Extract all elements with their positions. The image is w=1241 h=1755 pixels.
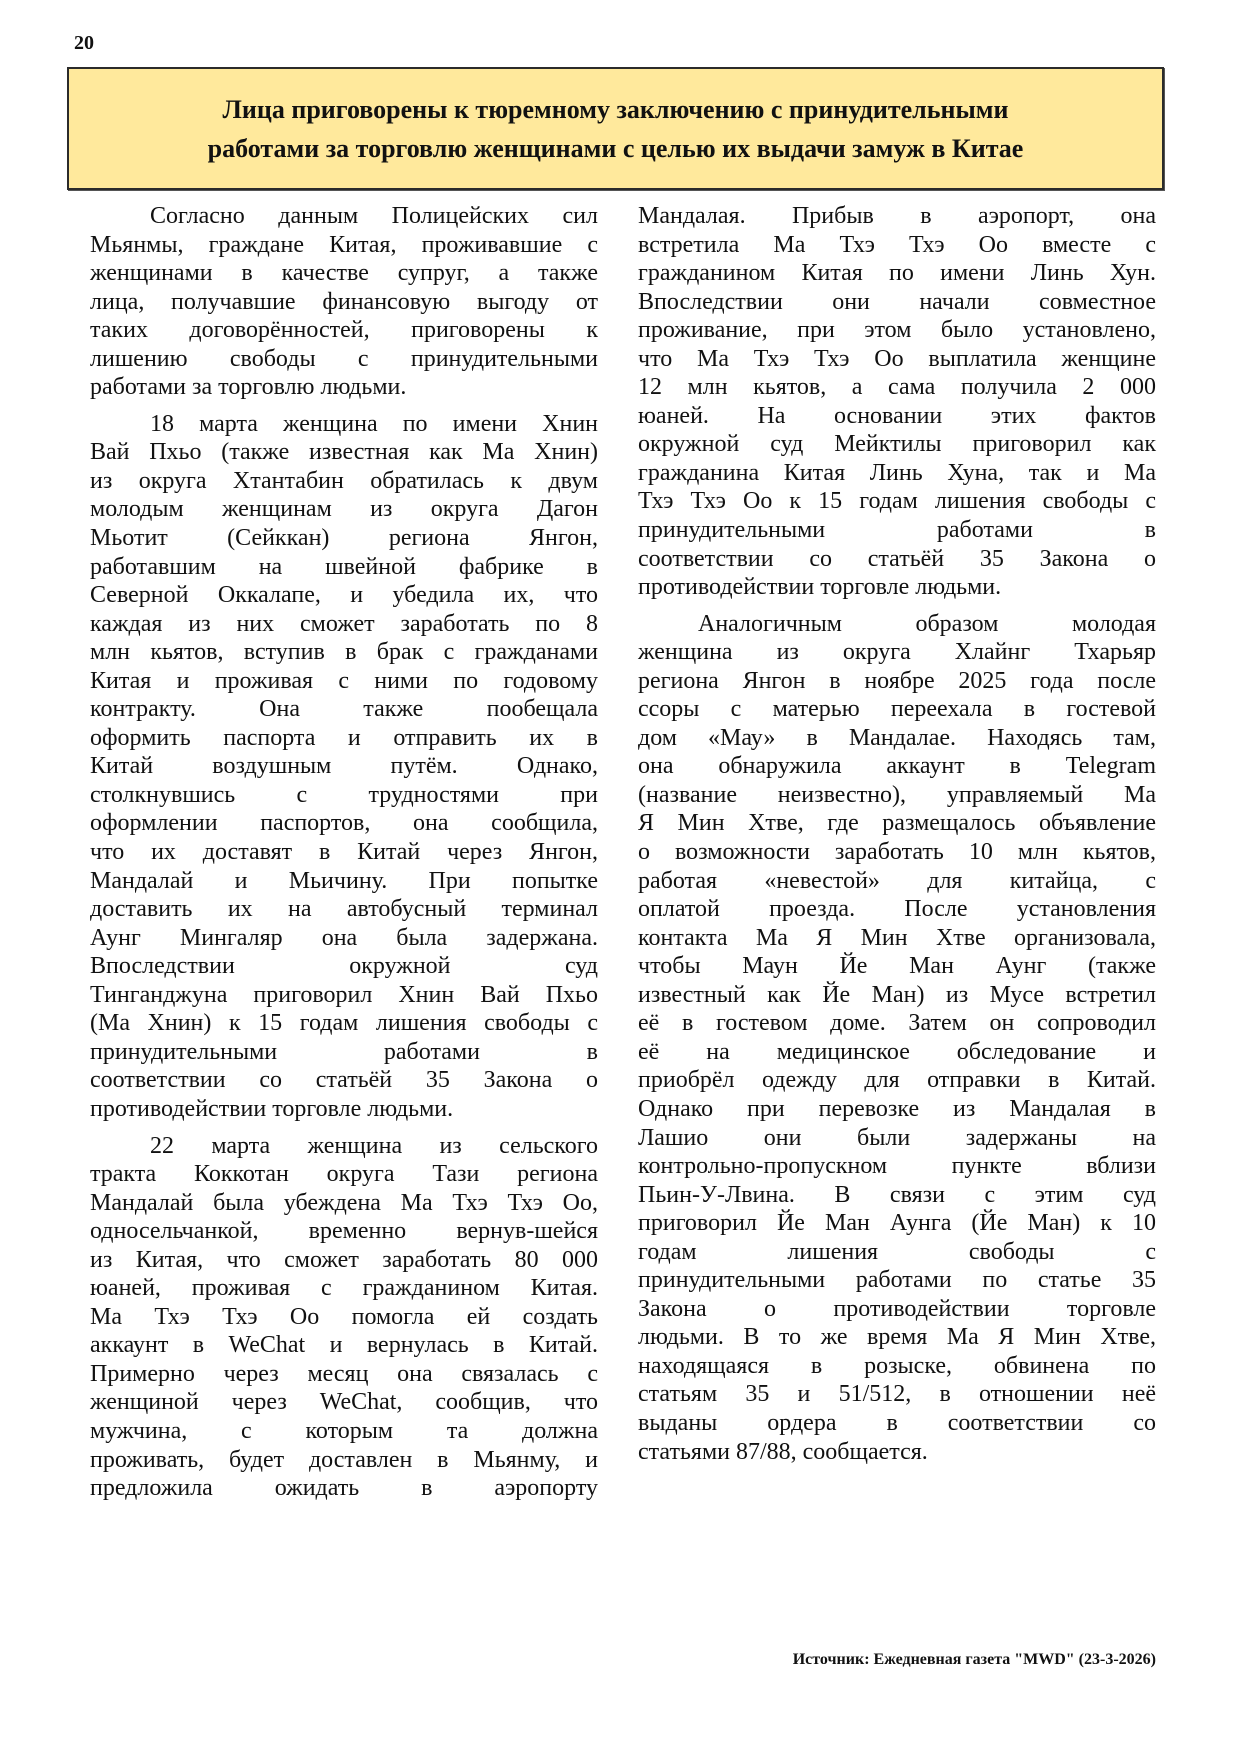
text-line: контрольно-пропускном пункте вблизи bbox=[638, 1152, 1156, 1181]
text-line: Мьянмы, граждане Китая, проживавшие с bbox=[90, 231, 598, 260]
text-line: её в гостевом доме. Затем он сопроводил bbox=[638, 1009, 1156, 1038]
text-line: проживать, будет доставлен в Мьянму, и bbox=[90, 1446, 598, 1475]
text-line: статьям 35 и 51/512, в отношении неё bbox=[638, 1380, 1156, 1409]
text-line: Примерно через месяц она связалась с bbox=[90, 1360, 598, 1389]
text-line: противодействии торговле людьми. bbox=[638, 573, 1156, 602]
text-line: Северной Оккалапе, и убедила их, что bbox=[90, 581, 598, 610]
text-line: работая «невестой» для китайца, с bbox=[638, 867, 1156, 896]
text-line: принудительными работами в bbox=[90, 1038, 598, 1067]
text-line: Вай Пхьо (также известная как Ма Хнин) bbox=[90, 438, 598, 467]
article-paragraph: Аналогичным образом молодаяженщина из ок… bbox=[638, 610, 1156, 1466]
text-line: 18 марта женщина по имени Хнин bbox=[90, 410, 598, 439]
text-line: (Ма Хнин) к 15 годам лишения свободы с bbox=[90, 1009, 598, 1038]
text-line: людьми. В то же время Ма Я Мин Хтве, bbox=[638, 1323, 1156, 1352]
text-line: её на медицинское обследование и bbox=[638, 1038, 1156, 1067]
text-line: столкнувшись с трудностями при bbox=[90, 781, 598, 810]
text-line: встретила Ма Тхэ Тхэ Оо вместе с bbox=[638, 231, 1156, 260]
text-line: лица, получавшие финансовую выгоду от bbox=[90, 288, 598, 317]
text-line: Тхэ Тхэ Оо к 15 годам лишения свободы с bbox=[638, 487, 1156, 516]
article-paragraph: 22 марта женщина из сельскоготракта Кокк… bbox=[90, 1132, 598, 1503]
text-line: Китая и проживая с ними по годовому bbox=[90, 667, 598, 696]
text-line: что их доставят в Китай через Янгон, bbox=[90, 838, 598, 867]
text-line: чтобы Маун Йе Ман Аунг (также bbox=[638, 952, 1156, 981]
text-line: статьями 87/88, сообщается. bbox=[638, 1438, 1156, 1467]
text-line: Китай воздушным путём. Однако, bbox=[90, 752, 598, 781]
text-line: известный как Йе Ман) из Мусе встретил bbox=[638, 981, 1156, 1010]
text-line: Мандалая. Прибыв в аэропорт, она bbox=[638, 202, 1156, 231]
article-paragraph: Согласно данным Полицейских силМьянмы, г… bbox=[90, 202, 598, 402]
text-line: выданы ордера в соответствии со bbox=[638, 1409, 1156, 1438]
text-line: юаней, проживая с гражданином Китая. bbox=[90, 1274, 598, 1303]
text-line: доставить их на автобусный терминал bbox=[90, 895, 598, 924]
text-line: (название неизвестно), управляемый Ма bbox=[638, 781, 1156, 810]
text-line: соответствии со статьёй 35 Закона о bbox=[90, 1066, 598, 1095]
text-line: Однако при перевозке из Мандалая в bbox=[638, 1095, 1156, 1124]
headline-box: Лица приговорены к тюремному заключению … bbox=[67, 67, 1164, 190]
text-line: дом «Мау» в Мандалае. Находясь там, bbox=[638, 724, 1156, 753]
text-line: Аналогичным образом молодая bbox=[638, 610, 1156, 639]
text-line: она обнаружила аккаунт в Telegram bbox=[638, 752, 1156, 781]
text-line: мужчина, с которым та должна bbox=[90, 1417, 598, 1446]
text-line: Пьин-У-Лвина. В связи с этим суд bbox=[638, 1181, 1156, 1210]
text-line: работавшим на швейной фабрике в bbox=[90, 553, 598, 582]
text-line: гражданином Китая по имени Линь Хун. bbox=[638, 259, 1156, 288]
text-line: находящаяся в розыске, обвинена по bbox=[638, 1352, 1156, 1381]
text-line: Ма Тхэ Тхэ Оо помогла ей создать bbox=[90, 1303, 598, 1332]
text-line: Лашио они были задержаны на bbox=[638, 1124, 1156, 1153]
text-line: 12 млн кьятов, а сама получила 2 000 bbox=[638, 373, 1156, 402]
article-paragraph: 18 марта женщина по имени ХнинВай Пхьо (… bbox=[90, 410, 598, 1124]
text-line: молодым женщинам из округа Дагон bbox=[90, 495, 598, 524]
text-line: Впоследствии они начали совместное bbox=[638, 288, 1156, 317]
text-line: Мандалай и Мьичину. При попытке bbox=[90, 867, 598, 896]
headline-line-2: работами за торговлю женщинами с целью и… bbox=[208, 129, 1024, 168]
text-line: проживание, при этом было установлено, bbox=[638, 316, 1156, 345]
headline-line-1: Лица приговорены к тюремному заключению … bbox=[223, 90, 1009, 129]
text-line: ссоры с матерью переехала в гостевой bbox=[638, 695, 1156, 724]
text-line: противодействии торговле людьми. bbox=[90, 1095, 598, 1124]
text-line: приобрёл одежду для отправки в Китай. bbox=[638, 1066, 1156, 1095]
text-line: региона Янгон в ноябре 2025 года после bbox=[638, 667, 1156, 696]
text-line: таких договорённостей, приговорены к bbox=[90, 316, 598, 345]
text-line: принудительными работами по статье 35 bbox=[638, 1266, 1156, 1295]
source-credit: Источник: Ежедневная газета "MWD" (23-3-… bbox=[793, 1651, 1156, 1669]
article-right-column: Мандалая. Прибыв в аэропорт, онавстретил… bbox=[638, 202, 1156, 1474]
text-line: принудительными работами в bbox=[638, 516, 1156, 545]
text-line: Мандалай была убеждена Ма Тхэ Тхэ Оо, bbox=[90, 1189, 598, 1218]
text-line: млн кьятов, вступив в брак с гражданами bbox=[90, 638, 598, 667]
text-line: из округа Хтантабин обратилась к двум bbox=[90, 467, 598, 496]
text-line: аккаунт в WeChat и вернулась в Китай. bbox=[90, 1331, 598, 1360]
text-line: что Ма Тхэ Тхэ Оо выплатила женщине bbox=[638, 345, 1156, 374]
text-line: женщиной через WeChat, сообщив, что bbox=[90, 1388, 598, 1417]
text-line: 22 марта женщина из сельского bbox=[90, 1132, 598, 1161]
text-line: Я Мин Хтве, где размещалось объявление bbox=[638, 809, 1156, 838]
text-line: оплатой проезда. После установления bbox=[638, 895, 1156, 924]
text-line: Согласно данным Полицейских сил bbox=[90, 202, 598, 231]
text-line: юаней. На основании этих фактов bbox=[638, 402, 1156, 431]
text-line: окружной суд Мейктилы приговорил как bbox=[638, 430, 1156, 459]
text-line: оформить паспорта и отправить их в bbox=[90, 724, 598, 753]
text-line: Закона о противодействии торговле bbox=[638, 1295, 1156, 1324]
text-line: контракту. Она также пообещала bbox=[90, 695, 598, 724]
text-line: годам лишения свободы с bbox=[638, 1238, 1156, 1267]
text-line: контакта Ма Я Мин Хтве организовала, bbox=[638, 924, 1156, 953]
text-line: односельчанкой, временно вернув-шейся bbox=[90, 1217, 598, 1246]
text-line: оформлении паспортов, она сообщила, bbox=[90, 809, 598, 838]
text-line: предложила ожидать в аэропорту bbox=[90, 1474, 598, 1503]
text-line: Аунг Мингаляр она была задержана. bbox=[90, 924, 598, 953]
text-line: Мьотит (Сейккан) региона Янгон, bbox=[90, 524, 598, 553]
text-line: тракта Коккотан округа Тази региона bbox=[90, 1160, 598, 1189]
article-paragraph: Мандалая. Прибыв в аэропорт, онавстретил… bbox=[638, 202, 1156, 602]
text-line: из Китая, что сможет заработать 80 000 bbox=[90, 1246, 598, 1275]
text-line: о возможности заработать 10 млн кьятов, bbox=[638, 838, 1156, 867]
text-line: гражданина Китая Линь Хуна, так и Ма bbox=[638, 459, 1156, 488]
page-number: 20 bbox=[74, 32, 94, 55]
text-line: приговорил Йе Ман Аунга (Йе Ман) к 10 bbox=[638, 1209, 1156, 1238]
text-line: лишению свободы с принудительными bbox=[90, 345, 598, 374]
text-line: каждая из них сможет заработать по 8 bbox=[90, 610, 598, 639]
text-line: женщинами в качестве супруг, а также bbox=[90, 259, 598, 288]
article-left-column: Согласно данным Полицейских силМьянмы, г… bbox=[90, 202, 598, 1511]
text-line: Тинганджуна приговорил Хнин Вай Пхьо bbox=[90, 981, 598, 1010]
text-line: работами за торговлю людьми. bbox=[90, 373, 598, 402]
text-line: соответствии со статьёй 35 Закона о bbox=[638, 545, 1156, 574]
text-line: женщина из округа Хлайнг Тхарьяр bbox=[638, 638, 1156, 667]
text-line: Впоследствии окружной суд bbox=[90, 952, 598, 981]
